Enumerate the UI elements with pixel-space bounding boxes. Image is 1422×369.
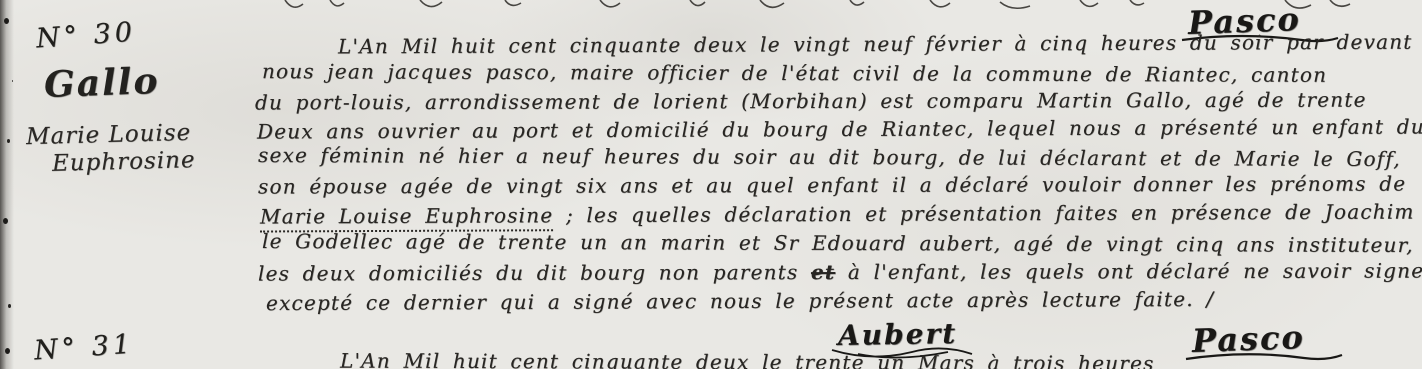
scan-speckles: [4, 18, 9, 24]
act-line-9: les deux domiciliés du dit bourg non par…: [258, 259, 1422, 284]
act-line-8: le Godellec agé de trente un an marin et…: [262, 230, 1414, 256]
record-number-top: N° 30: [35, 17, 137, 55]
record-number-bottom: N° 31: [33, 329, 135, 367]
act-line-7: Marie Louise Euphrosine ; les quelles dé…: [260, 200, 1415, 227]
act-line-9-post: à l'enfant, les quels ont déclaré ne sav…: [835, 258, 1422, 284]
act-line-10: excepté ce dernier qui a signé avec nous…: [266, 288, 1214, 314]
act-line-1: L'An Mil huit cent cinquante deux le vin…: [338, 31, 1413, 58]
margin-given-names-line1: Marie Louise: [26, 120, 192, 150]
act-line-3: du port-louis, arrondissement de lorient…: [255, 89, 1367, 114]
next-record-first-line-cutoff: L'An Mil huit cent cinquante deux le tre…: [340, 350, 1155, 369]
register-page-scan: N° 30 Gallo Marie Louise Euphrosine N° 3…: [0, 0, 1422, 369]
act-line-6: son épouse agée de vingt six ans et au q…: [258, 172, 1406, 197]
act-line-5: sexe féminin né hier a neuf heures du so…: [258, 144, 1401, 170]
margin-surname: Gallo: [43, 60, 160, 106]
binding-edge-shadow: [0, 0, 14, 369]
child-names-underlined: Marie Louise Euphrosine: [260, 203, 553, 232]
signature-flourish: [1184, 352, 1344, 364]
act-line-2: nous jean jacques pasco, maire officier …: [262, 60, 1327, 86]
act-line-4: Deux ans ouvrier au port et domicilié du…: [257, 115, 1422, 142]
margin-given-names-line2: Euphrosine: [52, 147, 196, 177]
act-line-7-rest: ; les quelles déclaration et présentatio…: [553, 199, 1414, 227]
struck-word: et: [811, 260, 835, 284]
act-line-9-pre: les deux domiciliés du dit bourg non par…: [258, 260, 811, 285]
